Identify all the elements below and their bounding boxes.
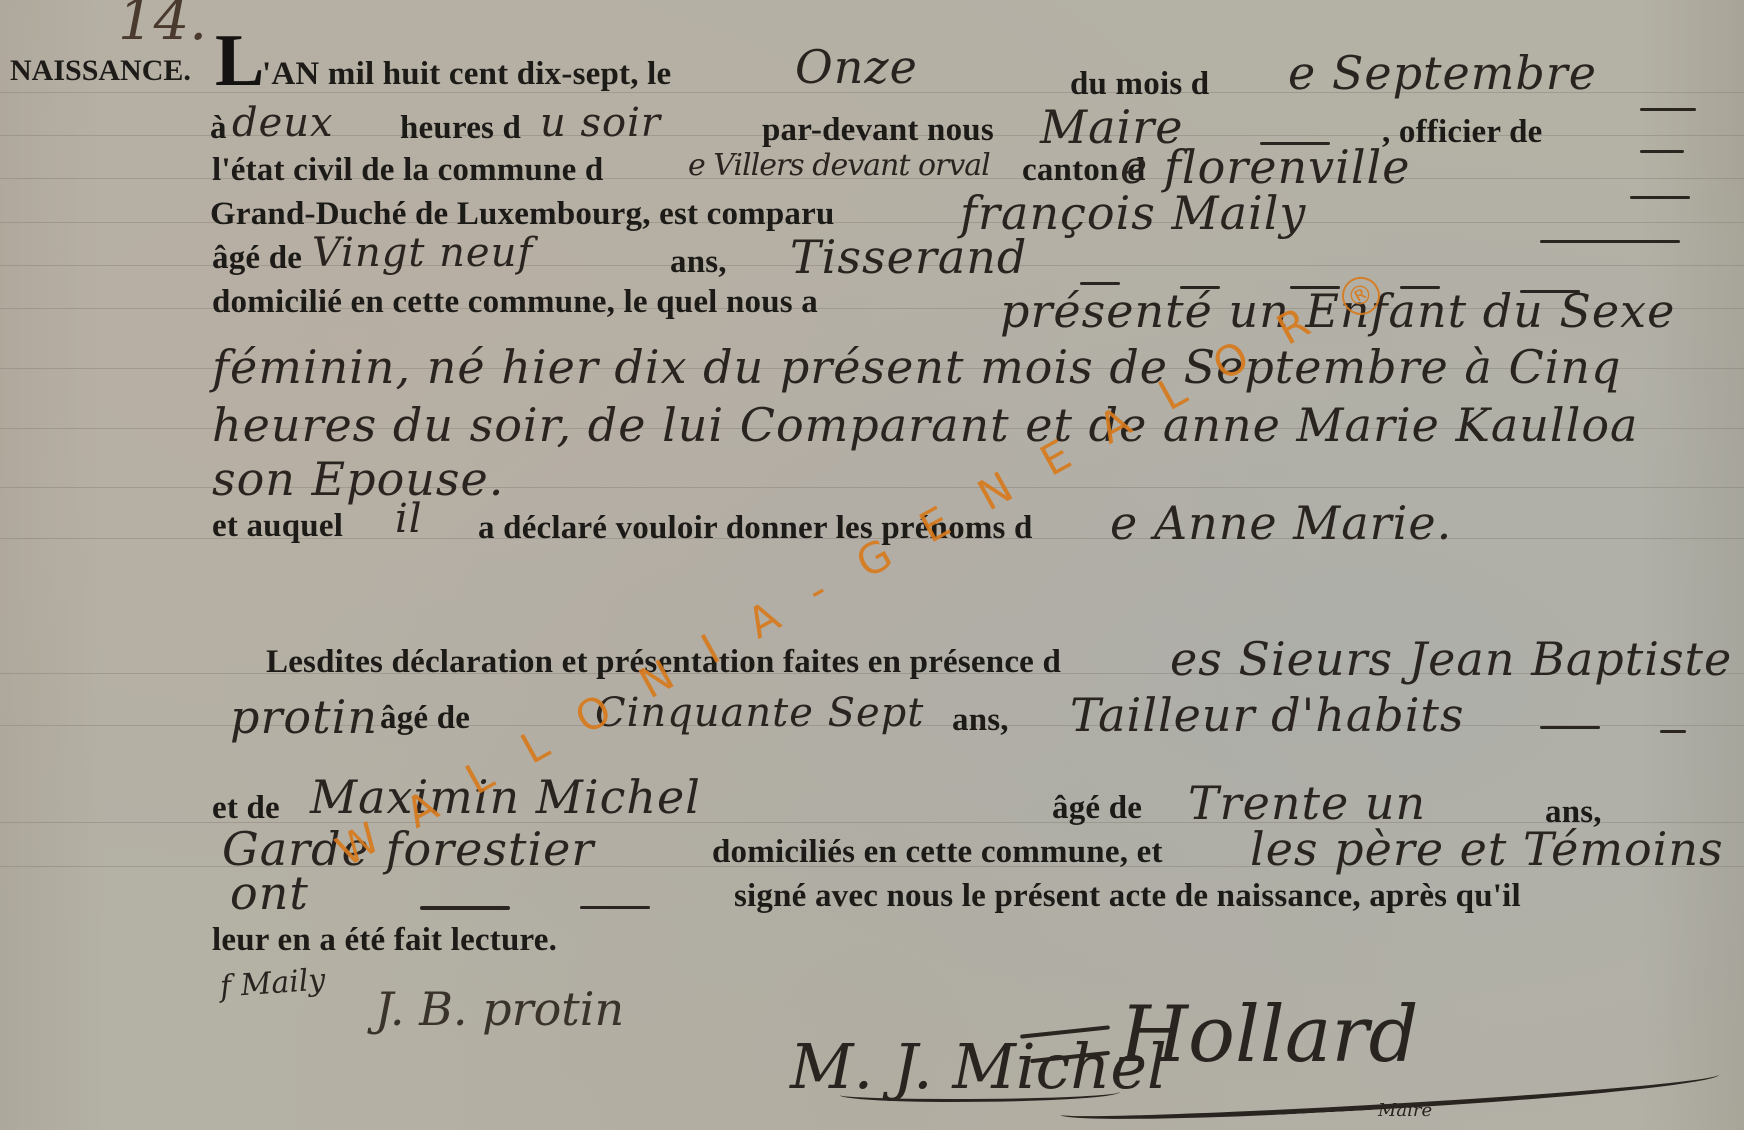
handwritten-pronoun: il [395, 496, 423, 542]
printed-text: l'état civil de la commune d [212, 152, 603, 189]
printed-text: du mois d [1070, 66, 1209, 103]
signature-father: f Maily [219, 962, 327, 1004]
filler-dash [1540, 240, 1680, 243]
handwritten-witness1-occupation: Tailleur d'habits [1070, 688, 1465, 742]
handwritten-day: Onze [795, 40, 918, 94]
printed-text: Grand-Duché de Luxembourg, est comparu [210, 196, 835, 233]
filler-dash [420, 906, 510, 910]
handwritten-commune: e Villers devant orval [688, 148, 990, 183]
filler-dash [1660, 730, 1686, 733]
handwritten-father-age: Vingt neuf [312, 230, 533, 276]
birth-record-page: 14. NAISSANCE. L 'AN mil huit cent dix-s… [0, 0, 1744, 1130]
printed-text: domicilié en cette commune, le quel nous… [212, 284, 818, 321]
filler-dash [1630, 196, 1690, 199]
section-label: NAISSANCE. [10, 54, 191, 88]
printed-text: 'AN mil huit cent dix-sept, le [262, 56, 671, 93]
printed-text: domiciliés en cette commune, et [712, 834, 1163, 871]
signature-witness1: J. B. protin [375, 982, 624, 1036]
printed-text: leur en a été fait lecture. [212, 922, 557, 959]
filler-dash [1540, 726, 1600, 729]
handwritten-verb: ont [230, 866, 309, 920]
printed-text: âgé de [212, 240, 302, 277]
printed-text: âgé de [1052, 790, 1142, 827]
printed-text: âgé de [380, 700, 470, 737]
printed-text: et auquel [212, 508, 343, 545]
printed-text: heures d [400, 110, 521, 147]
handwritten-child-names: e Anne Marie. [1110, 496, 1452, 550]
printed-text: ans, [670, 244, 727, 281]
signature-mayor: Hollard [1120, 990, 1419, 1080]
filler-dash [580, 906, 650, 909]
handwritten-birth-time-mother: heures du soir, de lui Comparant et de a… [212, 398, 1638, 452]
filler-dash [1640, 108, 1696, 111]
drop-cap: L [215, 24, 264, 98]
printed-text: ans, [952, 702, 1009, 739]
handwritten-signatories: les père et Témoins [1250, 822, 1724, 876]
handwritten-hour: deux [232, 100, 334, 146]
handwritten-month: e Septembre [1288, 46, 1597, 100]
handwritten-birth-date: féminin, né hier dix du présent mois de … [212, 340, 1621, 394]
record-number: 14. [118, 0, 207, 53]
mayor-title: Maire [1378, 1100, 1432, 1121]
handwritten-time-of-day: u soir [540, 100, 661, 146]
printed-text: à [210, 110, 227, 147]
handwritten-witness1-surname: protin [230, 690, 378, 744]
handwritten-mother-relation: son Epouse. [212, 452, 504, 506]
printed-text: par-devant nous [762, 112, 994, 149]
handwritten-father-occupation: Tisserand [790, 230, 1027, 284]
filler-dash [1640, 150, 1684, 153]
handwritten-witness1-name: es Sieurs Jean Baptiste [1170, 632, 1732, 686]
printed-text: signé avec nous le présent acte de naiss… [734, 878, 1521, 915]
